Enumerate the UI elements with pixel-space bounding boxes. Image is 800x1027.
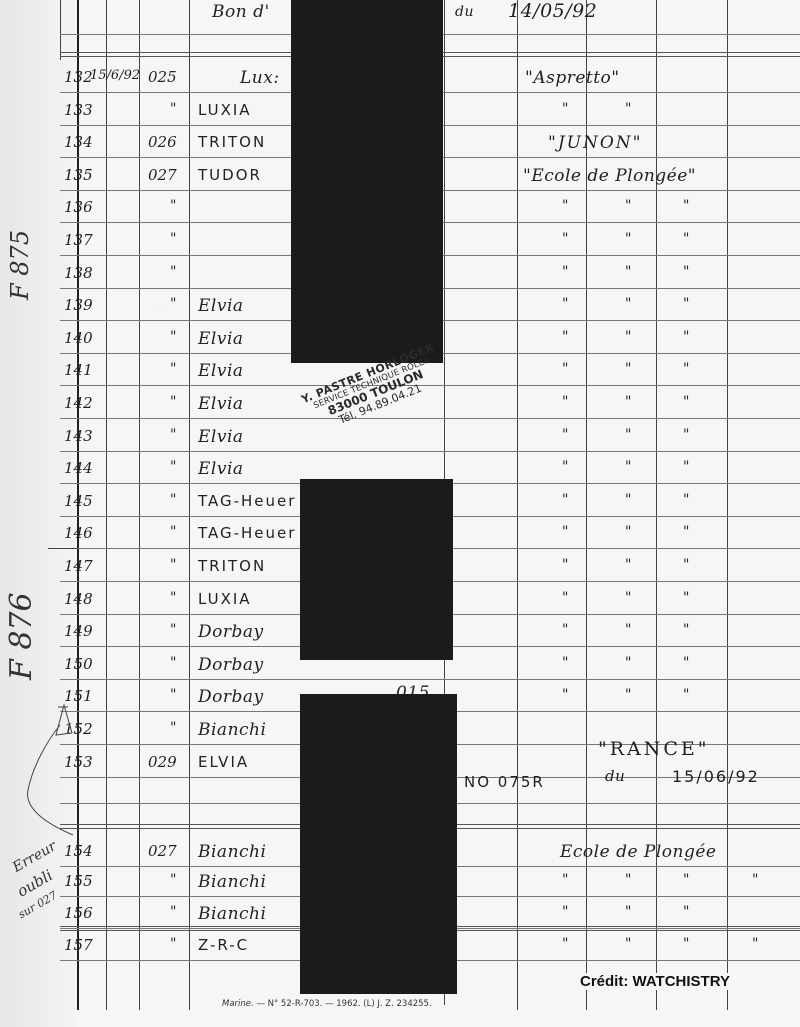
redaction-box [291, 0, 443, 363]
row-number: 138 [64, 264, 93, 282]
ruling-line [60, 451, 800, 452]
row-reference: " [170, 492, 176, 508]
redaction-box [300, 479, 453, 660]
ditto-mark: " [562, 655, 568, 671]
ruling-line [139, 0, 140, 1010]
margin-divider [48, 548, 78, 550]
row-number: 141 [64, 361, 93, 379]
ditto-mark: " [562, 492, 568, 508]
ditto-mark: " [625, 687, 631, 703]
bon-label: Bon d' [212, 2, 270, 22]
row-brand: Z-R-C [198, 936, 249, 954]
ditto-mark: " [562, 524, 568, 540]
ruling-line [60, 679, 800, 680]
ditto-mark: " [562, 198, 568, 214]
ditto-mark: " [625, 936, 631, 952]
row-number: 150 [64, 655, 93, 673]
row-brand: Bianchi [198, 904, 266, 924]
row-number: 143 [64, 427, 93, 445]
ledger-ref-875: F 875 [6, 230, 34, 300]
row-number: 133 [64, 101, 93, 119]
ditto-mark: " [683, 687, 689, 703]
row-number: 145 [64, 492, 93, 510]
ditto-mark: " [683, 936, 689, 952]
ditto-mark: " [562, 872, 568, 888]
row-number: 137 [64, 231, 93, 249]
row-number: 148 [64, 590, 93, 608]
header-date-prefix: du [455, 4, 474, 20]
ditto-mark: " [562, 394, 568, 410]
ditto-mark: " [625, 557, 631, 573]
row-brand: ELVIA [198, 753, 249, 771]
ditto-mark: " [752, 872, 758, 888]
row-number: 147 [64, 557, 93, 575]
ditto-mark: " [683, 296, 689, 312]
row-reference: " [170, 361, 176, 377]
ditto-mark: " [683, 622, 689, 638]
row-reference: " [170, 590, 176, 606]
image-credit: Crédit: WATCHISTRY [576, 973, 734, 990]
row-brand: Lux: [240, 68, 280, 88]
ditto-mark: " [625, 655, 631, 671]
row-number: 155 [64, 872, 93, 890]
row-brand: TAG-Heuer [198, 492, 296, 510]
row-reference: " [170, 198, 176, 214]
ditto-mark: " [683, 427, 689, 443]
ditto-mark: " [683, 329, 689, 345]
row-reference: " [170, 101, 176, 117]
order-date: 15/06/92 [672, 767, 760, 786]
redaction-box [300, 694, 457, 994]
ditto-mark: " [625, 231, 631, 247]
row-reference: " [170, 622, 176, 638]
ditto-mark: " [562, 904, 568, 920]
row-reference: " [170, 904, 176, 920]
row-reference: " [170, 872, 176, 888]
row-reference: " [170, 524, 176, 540]
row-reference: 029 [148, 753, 177, 771]
row-destination: Ecole de Plongée [560, 842, 716, 862]
row-brand: LUXIA [198, 590, 252, 608]
ditto-mark: " [625, 872, 631, 888]
row-number: 142 [64, 394, 93, 412]
ditto-mark: " [562, 936, 568, 952]
ditto-mark: " [683, 904, 689, 920]
row-brand: Dorbay [198, 622, 264, 642]
ditto-mark: " [683, 590, 689, 606]
ditto-mark: " [562, 361, 568, 377]
row-reference: " [170, 231, 176, 247]
ditto-mark: " [562, 329, 568, 345]
printer-footer: Marine. — N° 52-R-703. — 1962. (L) J. Z.… [222, 999, 432, 1009]
ditto-mark: " [625, 524, 631, 540]
row-date: 15/6/92 [90, 68, 140, 83]
order-number: NO 075R [464, 773, 545, 791]
row-reference: " [170, 264, 176, 280]
row-number: 144 [64, 459, 93, 477]
row-brand: Elvia [198, 459, 244, 479]
ditto-mark: " [562, 296, 568, 312]
row-brand: TUDOR [198, 166, 262, 184]
row-number: 156 [64, 904, 93, 922]
row-destination: "Ecole de Plongée" [523, 166, 696, 186]
ditto-mark: " [562, 427, 568, 443]
ditto-mark: " [625, 198, 631, 214]
row-number: 139 [64, 296, 93, 314]
order-date-prefix: du [605, 767, 625, 785]
row-reference: " [170, 329, 176, 345]
ledger-ref-876: F 876 [4, 592, 39, 680]
row-brand: TRITON [198, 557, 266, 575]
ditto-mark: " [625, 361, 631, 377]
row-destination: "Aspretto" [525, 68, 620, 88]
row-reference: 027 [148, 166, 177, 184]
row-brand: Bianchi [198, 842, 266, 862]
ditto-mark: " [625, 459, 631, 475]
row-reference: 027 [148, 842, 177, 860]
row-number: 134 [64, 133, 93, 151]
ditto-mark: " [683, 231, 689, 247]
row-number: 136 [64, 198, 93, 216]
ditto-mark: " [625, 427, 631, 443]
row-brand: Elvia [198, 296, 244, 316]
ditto-mark: " [683, 459, 689, 475]
row-number: 149 [64, 622, 93, 640]
row-brand: Elvia [198, 361, 244, 381]
row-brand: TAG-Heuer [198, 524, 296, 542]
ditto-mark: " [683, 264, 689, 280]
ditto-mark: " [562, 687, 568, 703]
ditto-mark: " [562, 231, 568, 247]
ditto-mark: " [562, 459, 568, 475]
row-number: 157 [64, 936, 93, 954]
row-reference: 026 [148, 133, 177, 151]
row-brand: Elvia [198, 394, 244, 414]
row-brand: Dorbay [198, 655, 264, 675]
ruling-line [60, 418, 800, 419]
row-brand: Elvia [198, 329, 244, 349]
row-reference: " [170, 557, 176, 573]
row-brand: Bianchi [198, 720, 266, 740]
row-number: 135 [64, 166, 93, 184]
margin-arrow-sketch [18, 695, 78, 845]
ditto-mark: " [683, 655, 689, 671]
row-brand: LUXIA [198, 101, 252, 119]
ditto-mark: " [683, 361, 689, 377]
row-number: 140 [64, 329, 93, 347]
ditto-mark: " [683, 394, 689, 410]
row-reference: " [170, 936, 176, 952]
ditto-mark: " [562, 590, 568, 606]
ditto-mark: " [625, 492, 631, 508]
row-brand: Bianchi [198, 872, 266, 892]
ditto-mark: " [625, 101, 631, 117]
ditto-mark: " [625, 329, 631, 345]
row-reference: " [170, 655, 176, 671]
ditto-mark: " [683, 557, 689, 573]
row-destination: "RANCE" [598, 738, 710, 760]
ditto-mark: " [625, 264, 631, 280]
ruling-line [189, 0, 190, 1010]
row-reference: " [170, 687, 176, 703]
ditto-mark: " [752, 936, 758, 952]
ditto-mark: " [562, 264, 568, 280]
ditto-mark: " [625, 622, 631, 638]
row-brand: Elvia [198, 427, 244, 447]
printer-text: — N° 52-R-703. — 1962. (L) J. Z. 234255. [256, 999, 431, 1009]
printer-prefix: Marine. [222, 999, 254, 1009]
ditto-mark: " [562, 557, 568, 573]
row-number: 132 [64, 68, 93, 86]
ditto-mark: " [683, 492, 689, 508]
ditto-mark: " [562, 101, 568, 117]
row-destination: "JUNON" [548, 133, 642, 153]
row-reference: " [170, 394, 176, 410]
ruling-line [517, 0, 518, 1010]
ditto-mark: " [625, 904, 631, 920]
row-number: 146 [64, 524, 93, 542]
ruling-line [106, 0, 107, 1010]
row-brand: TRITON [198, 133, 266, 151]
ditto-mark: " [683, 524, 689, 540]
row-reference: " [170, 296, 176, 312]
header-date: 14/05/92 [508, 0, 597, 22]
row-reference: 025 [148, 68, 177, 86]
row-reference: " [170, 720, 176, 736]
ditto-mark: " [625, 394, 631, 410]
ditto-mark: " [683, 198, 689, 214]
ditto-mark: " [625, 590, 631, 606]
ruling-line [60, 0, 61, 60]
ditto-mark: " [562, 622, 568, 638]
row-reference: " [170, 459, 176, 475]
ditto-mark: " [625, 296, 631, 312]
row-brand: Dorbay [198, 687, 264, 707]
row-reference: " [170, 427, 176, 443]
ditto-mark: " [683, 872, 689, 888]
ruling-line [727, 0, 728, 1010]
ledger-page: Bon d' du 14/05/92 13215/6/92025Lux:"Asp… [0, 0, 800, 1027]
